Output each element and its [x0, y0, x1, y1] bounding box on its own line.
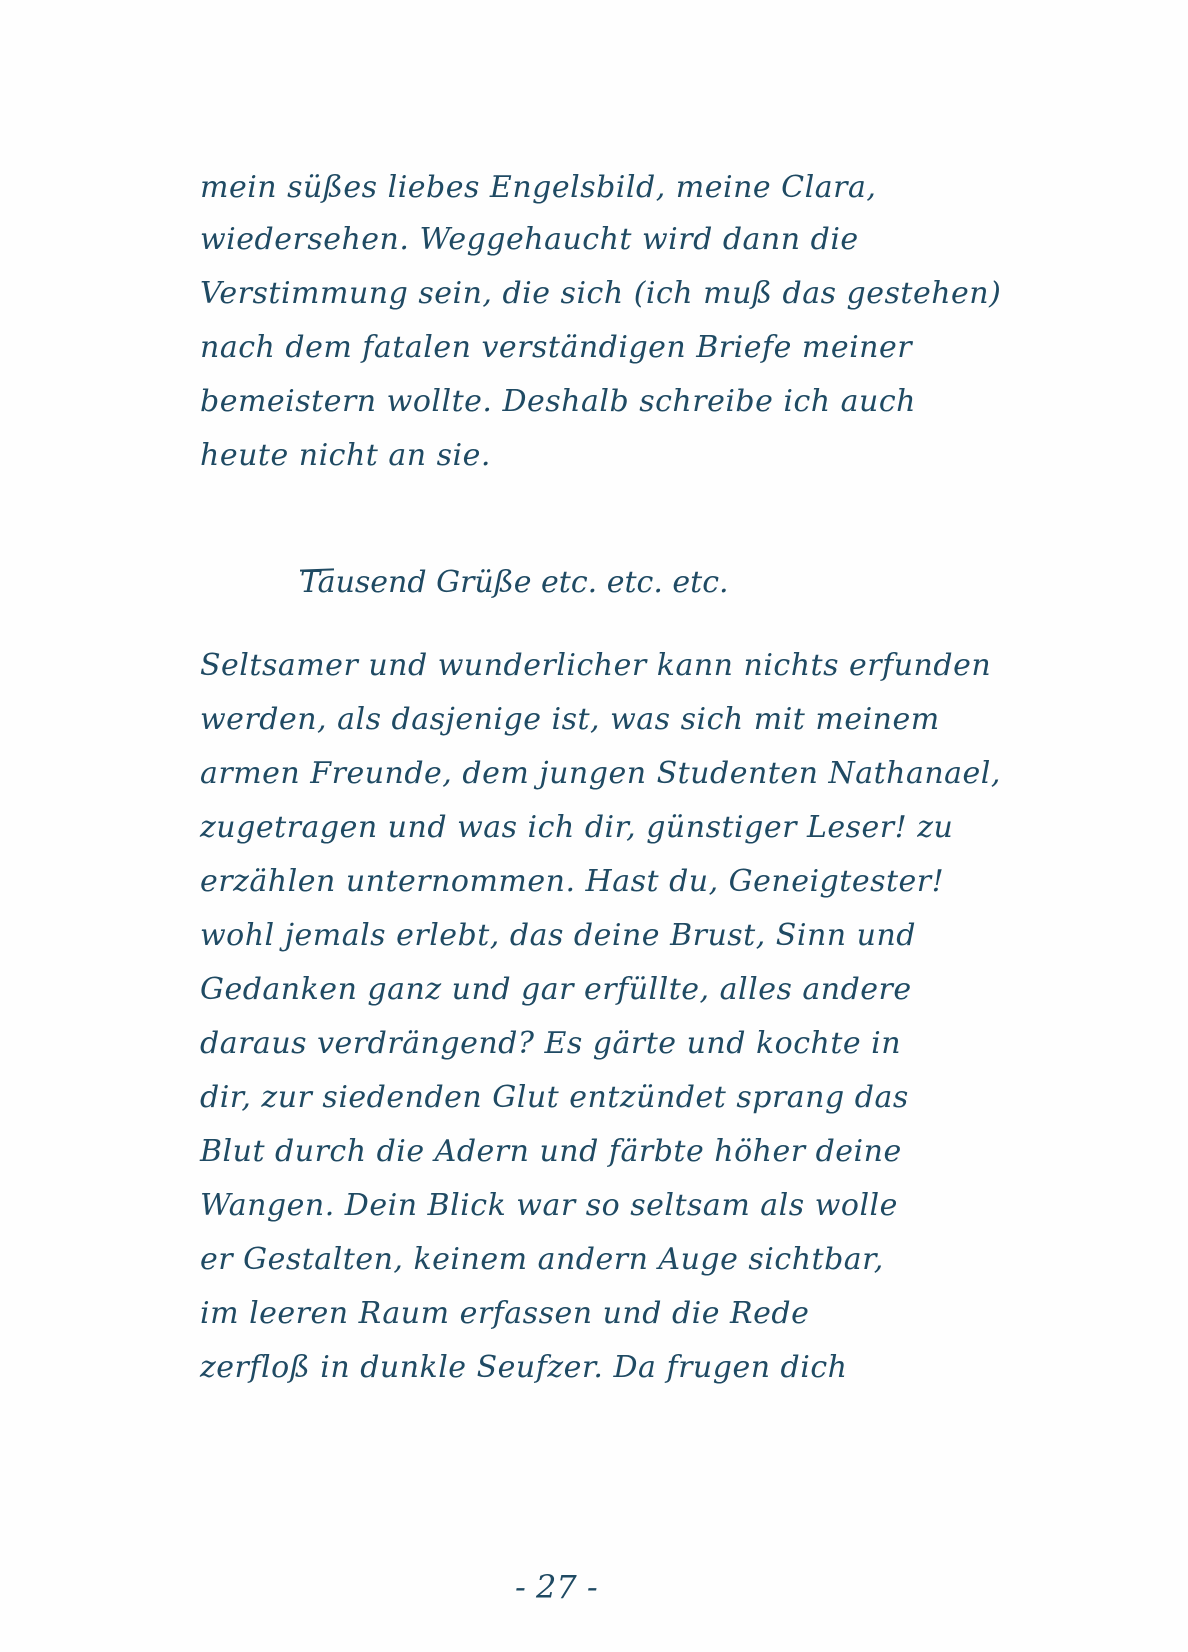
- manuscript-page: mein süßes liebes Engelsbild, meine Clar…: [0, 0, 1188, 1652]
- text-line: zugetragen und was ich dir, günstiger Le…: [200, 810, 953, 845]
- text-line: dir, zur siedenden Glut entzündet sprang…: [200, 1080, 909, 1115]
- text-line: wohl jemals erlebt, das deine Brust, Sin…: [200, 918, 916, 953]
- text-line: er Gestalten, keinem andern Auge sichtba…: [200, 1242, 884, 1277]
- text-line: Blut durch die Adern und färbte höher de…: [200, 1134, 902, 1169]
- text-line: bemeistern wollte. Deshalb schreibe ich …: [200, 384, 916, 419]
- closing-text: Tausend Grüße etc. etc. etc.: [300, 565, 729, 600]
- text-line: Seltsamer und wunderlicher kann nichts e…: [200, 648, 991, 683]
- text-line: werden, als dasjenige ist, was sich mit …: [200, 702, 940, 737]
- text-line: zerfloß in dunkle Seufzer. Da frugen dic…: [200, 1350, 847, 1385]
- text-line: armen Freunde, dem jungen Studenten Nath…: [200, 756, 1001, 791]
- text-line: Verstimmung sein, die sich (ich muß das …: [200, 276, 1001, 311]
- text-line: Wangen. Dein Blick war so seltsam als wo…: [200, 1188, 898, 1223]
- text-line: heute nicht an sie.: [200, 438, 491, 473]
- text-line: erzählen unternommen. Hast du, Geneigtes…: [200, 864, 944, 899]
- text-line: nach dem fatalen verständigen Briefe mei…: [200, 330, 912, 365]
- text-line: im leeren Raum erfassen und die Rede: [200, 1296, 809, 1331]
- closing-salutation: Tausend Grüße etc. etc. etc.: [300, 565, 729, 600]
- text-line: mein süßes liebes Engelsbild, meine Clar…: [200, 170, 876, 205]
- text-line: Gedanken ganz und gar erfüllte, alles an…: [200, 972, 912, 1007]
- page-number: - 27 -: [515, 1568, 598, 1606]
- text-line: wiedersehen. Weggehaucht wird dann die: [200, 222, 859, 257]
- text-line: daraus verdrängend? Es gärte und kochte …: [200, 1026, 901, 1061]
